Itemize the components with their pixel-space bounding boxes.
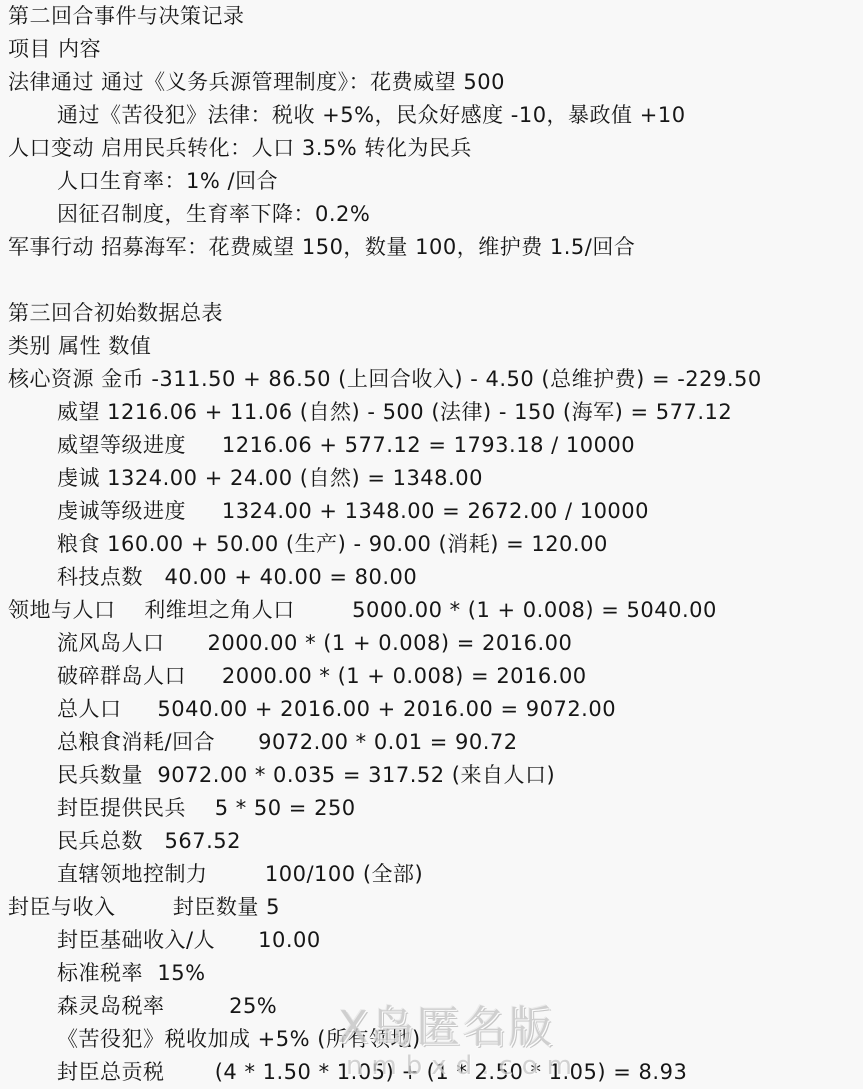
section-title: 第二回合事件与决策记录: [0, 0, 863, 33]
table-row: 虔诚 1324.00 + 24.00 (自然) = 1348.00: [0, 462, 863, 495]
section-title: 第三回合初始数据总表: [0, 297, 863, 330]
table-row: 核心资源 金币 -311.50 + 86.50 (上回合收入) - 4.50 (…: [0, 363, 863, 396]
table-row: 直辖领地控制力 100/100 (全部): [0, 858, 863, 891]
table-row: 民兵总数 567.52: [0, 825, 863, 858]
document-page: 第二回合事件与决策记录 项目 内容 法律通过 通过《义务兵源管理制度》：花费威望…: [0, 0, 863, 1089]
table-row: 森灵岛税率 25%: [0, 990, 863, 1023]
table-row: 人口变动 启用民兵转化：人口 3.5% 转化为民兵: [0, 132, 863, 165]
table-row: 封臣与收入 封臣数量 5: [0, 891, 863, 924]
table-row: 科技点数 40.00 + 40.00 = 80.00: [0, 561, 863, 594]
blank-line: [0, 264, 863, 297]
round3-summary-section: 第三回合初始数据总表 类别 属性 数值 核心资源 金币 -311.50 + 86…: [0, 297, 863, 1089]
table-row: 人口生育率：1% /回合: [0, 165, 863, 198]
table-row: 领地与人口 利维坦之角人口 5000.00 * (1 + 0.008) = 50…: [0, 594, 863, 627]
table-row: 标准税率 15%: [0, 957, 863, 990]
table-row: 军事行动 招募海军：花费威望 150，数量 100，维护费 1.5/回合: [0, 231, 863, 264]
table-row: 封臣提供民兵 5 * 50 = 250: [0, 792, 863, 825]
table-row: 粮食 160.00 + 50.00 (生产) - 90.00 (消耗) = 12…: [0, 528, 863, 561]
table-row: 虔诚等级进度 1324.00 + 1348.00 = 2672.00 / 100…: [0, 495, 863, 528]
table-row: 因征召制度，生育率下降：0.2%: [0, 198, 863, 231]
table-row: 威望 1216.06 + 11.06 (自然) - 500 (法律) - 150…: [0, 396, 863, 429]
table-row: 流风岛人口 2000.00 * (1 + 0.008) = 2016.00: [0, 627, 863, 660]
table-row: 法律通过 通过《义务兵源管理制度》：花费威望 500: [0, 66, 863, 99]
table-row: 民兵数量 9072.00 * 0.035 = 317.52 (来自人口): [0, 759, 863, 792]
table-row: 封臣总贡税 (4 * 1.50 * 1.05) + (1 * 2.50 * 1.…: [0, 1056, 863, 1089]
table-row: 通过《苦役犯》法律：税收 +5%，民众好感度 -10，暴政值 +10: [0, 99, 863, 132]
table-row: 总粮食消耗/回合 9072.00 * 0.01 = 90.72: [0, 726, 863, 759]
round2-log-section: 第二回合事件与决策记录 项目 内容 法律通过 通过《义务兵源管理制度》：花费威望…: [0, 0, 863, 264]
table-row: 《苦役犯》税收加成 +5% (所有领地): [0, 1023, 863, 1056]
table-row: 破碎群岛人口 2000.00 * (1 + 0.008) = 2016.00: [0, 660, 863, 693]
table-row: 总人口 5040.00 + 2016.00 + 2016.00 = 9072.0…: [0, 693, 863, 726]
table-row: 封臣基础收入/人 10.00: [0, 924, 863, 957]
table-row: 威望等级进度 1216.06 + 577.12 = 1793.18 / 1000…: [0, 429, 863, 462]
table-header: 类别 属性 数值: [0, 330, 863, 363]
table-header: 项目 内容: [0, 33, 863, 66]
